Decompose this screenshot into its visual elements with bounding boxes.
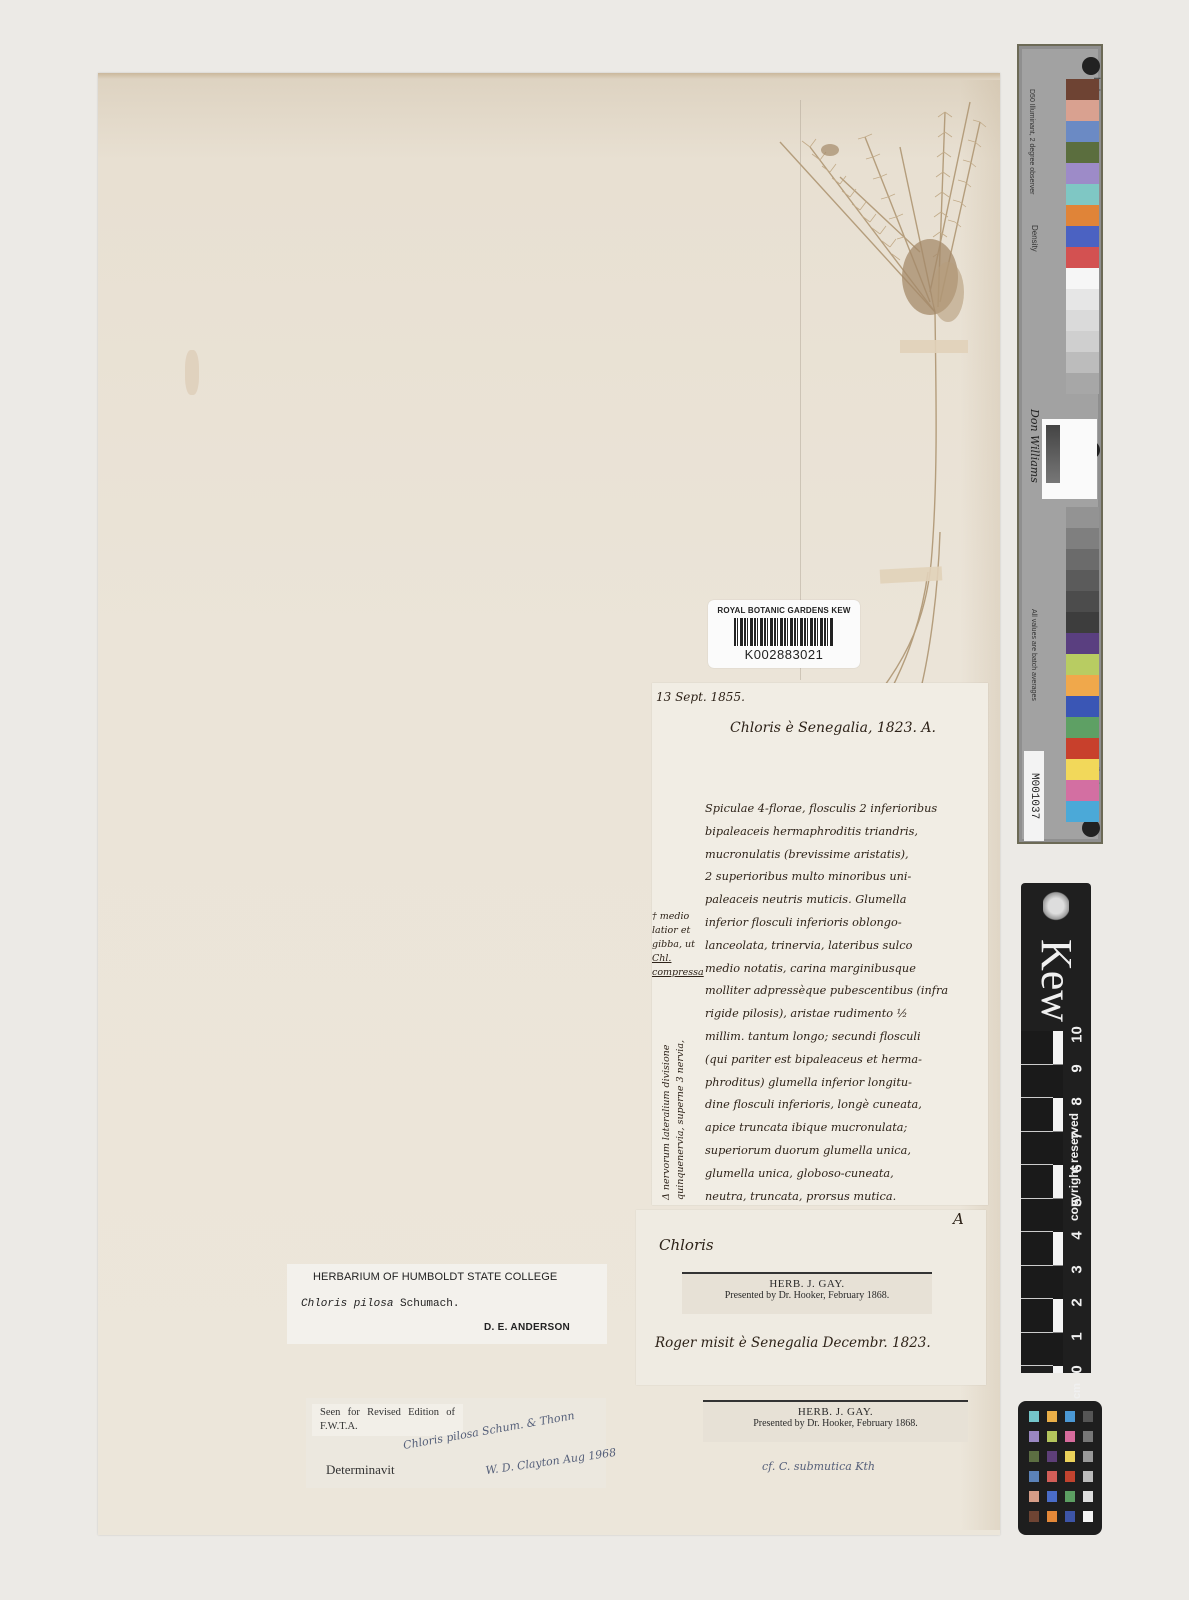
note-line: 2 superioribus multo minoribus uni- xyxy=(705,866,987,889)
scale-tick-label: 6 xyxy=(1069,1155,1086,1183)
scale-tick-label: 8 xyxy=(1069,1088,1086,1116)
note-line: neutra, truncata, prorsus mutica. xyxy=(705,1186,987,1209)
scale-tick-label: 4 xyxy=(1069,1222,1086,1250)
color-chip xyxy=(1065,1511,1075,1522)
color-swatch xyxy=(1066,268,1099,289)
scale-tick-label: 2 xyxy=(1069,1289,1086,1317)
card-genus: Chloris xyxy=(659,1236,714,1254)
paper-stain xyxy=(185,350,199,395)
label-line1: HERB. J. GAY. xyxy=(703,1406,968,1418)
color-swatch xyxy=(1066,675,1099,696)
color-swatch xyxy=(1066,612,1099,633)
color-chip xyxy=(1047,1491,1057,1502)
color-chip xyxy=(1047,1411,1057,1422)
color-chip xyxy=(1029,1471,1039,1482)
color-checker xyxy=(1018,1401,1102,1535)
scale-tick-label: 7 xyxy=(1069,1121,1086,1149)
note-date: 13 Sept. 1855. xyxy=(656,690,745,704)
color-swatch xyxy=(1066,100,1099,121)
kew-crest-icon xyxy=(1043,888,1069,924)
margin-note-line: latior et xyxy=(652,924,706,938)
label-rule xyxy=(703,1400,968,1402)
color-swatch xyxy=(1066,373,1099,394)
note-line: inferior flosculi inferioris oblongo- xyxy=(705,912,987,935)
note-line: glumella unica, globoso-cuneata, xyxy=(705,1163,987,1186)
scale-tick-label: 5 xyxy=(1069,1188,1086,1216)
scale-tick-label: 10 xyxy=(1069,1021,1086,1049)
ruler-signature: Don Williams xyxy=(1028,409,1041,483)
note-title: Chloris è Senegalia, 1823. A. xyxy=(730,720,936,736)
color-swatch xyxy=(1066,352,1099,373)
label-line2: Presented by Dr. Hooker, February 1868. xyxy=(682,1290,932,1301)
card-letter: A xyxy=(953,1210,964,1228)
sheet-top-edge xyxy=(98,73,1000,79)
fwta-seen-text: Seen for Revised Edition of F.W.T.A. xyxy=(312,1404,463,1436)
color-swatch xyxy=(1066,528,1099,549)
color-chip xyxy=(1029,1411,1039,1422)
color-swatch xyxy=(1066,780,1099,801)
note-line: molliter adpressèque pubescentibus (infr… xyxy=(705,980,987,1003)
color-chip xyxy=(1047,1431,1057,1442)
color-swatch xyxy=(1066,310,1099,331)
color-chip xyxy=(1029,1491,1039,1502)
note-line: bipaleaceis hermaphroditis triandris, xyxy=(705,821,987,844)
color-swatch xyxy=(1066,247,1099,268)
note-line: (qui pariter est bipaleaceus et herma- xyxy=(705,1049,987,1072)
margin-note-line: † medio xyxy=(652,910,706,924)
note-line: dine flosculi inferioris, longè cuneata, xyxy=(705,1094,987,1117)
ruler-id: M001037 xyxy=(1024,751,1044,841)
note-line: mucronulatis (brevissime aristatis), xyxy=(705,844,987,867)
color-chip xyxy=(1047,1471,1057,1482)
herb-gay-printed-label-2: HERB. J. GAY. Presented by Dr. Hooker, F… xyxy=(703,1400,968,1442)
color-chip xyxy=(1065,1451,1075,1462)
vertical-margin-note: Δ nervorum lateralium divisione quinquen… xyxy=(660,1040,710,1200)
humboldt-header: HERBARIUM OF HUMBOLDT STATE COLLEGE xyxy=(313,1271,557,1283)
color-swatch xyxy=(1066,801,1099,822)
note-line: paleaceis neutris muticis. Glumella xyxy=(705,889,987,912)
color-chip xyxy=(1065,1491,1075,1502)
ruler-body: D50 Illuminant, 2 degree observer Densit… xyxy=(1022,49,1098,839)
color-chip xyxy=(1083,1471,1093,1482)
color-chip xyxy=(1083,1491,1093,1502)
color-swatch xyxy=(1066,696,1099,717)
note-line: superiorum duorum glumella unica, xyxy=(705,1140,987,1163)
color-chip xyxy=(1029,1451,1039,1462)
barcode-label: ROYAL BOTANIC GARDENS KEW K002883021 xyxy=(708,600,860,668)
label-rule xyxy=(682,1272,932,1274)
ruler-hole xyxy=(1082,57,1100,75)
batch-note: All values are batch averages xyxy=(1030,609,1037,701)
mounting-tape xyxy=(900,340,968,353)
note-line: Spiculae 4-florae, flosculis 2 inferiori… xyxy=(705,798,987,821)
note-line: millim. tantum longo; secundi flosculi xyxy=(705,1026,987,1049)
color-swatch xyxy=(1066,549,1099,570)
color-swatch xyxy=(1066,591,1099,612)
color-swatch xyxy=(1066,79,1099,100)
color-swatch xyxy=(1066,163,1099,184)
color-swatch xyxy=(1066,570,1099,591)
scale-tick-label: 3 xyxy=(1069,1255,1086,1283)
kew-scale-bar: Kew copyright reserved 012345678910 cm xyxy=(1021,883,1091,1373)
color-chip xyxy=(1029,1511,1039,1522)
illuminant-text: D50 Illuminant, 2 degree observer xyxy=(1028,89,1035,194)
density-label: Density xyxy=(1030,225,1039,252)
color-swatch xyxy=(1066,717,1099,738)
faint-pencil-note: cf. C. submutica Kth xyxy=(762,1460,875,1473)
color-chip xyxy=(1083,1431,1093,1442)
color-swatch xyxy=(1066,331,1099,352)
note-line: phroditus) glumella inferior longitu- xyxy=(705,1072,987,1095)
color-calibration-ruler: D50 Illuminant, 2 degree observer Densit… xyxy=(1017,44,1103,844)
margin-note-line: Chl. compressa xyxy=(652,952,706,980)
taxon-name: Chloris pilosa xyxy=(301,1298,393,1310)
label-line2: Presented by Dr. Hooker, February 1868. xyxy=(703,1418,968,1429)
label-line1: HERB. J. GAY. xyxy=(682,1278,932,1290)
note-line: apice truncata ibique mucronulata; xyxy=(705,1117,987,1140)
color-chip xyxy=(1029,1431,1039,1442)
scale-strip xyxy=(1053,1031,1063,1373)
gray-wedge xyxy=(1046,425,1060,483)
note-line: lanceolata, trinervia, lateribus sulco xyxy=(705,935,987,958)
color-chip xyxy=(1083,1451,1093,1462)
barcode xyxy=(734,618,834,646)
barcode-number: K002883021 xyxy=(708,647,860,662)
color-chip xyxy=(1083,1411,1093,1422)
color-swatch xyxy=(1066,226,1099,247)
color-swatch xyxy=(1066,759,1099,780)
herb-gay-printed-label: HERB. J. GAY. Presented by Dr. Hooker, F… xyxy=(682,1272,932,1314)
taxon-author: Schumach. xyxy=(400,1298,459,1310)
margin-note: † medio latior et gibba, ut Chl. compres… xyxy=(652,910,706,980)
note-line: rigide pilosis), aristae rudimento ½ xyxy=(705,1003,987,1026)
margin-note-line: gibba, ut xyxy=(652,938,706,952)
color-swatch xyxy=(1066,633,1099,654)
humboldt-taxon: Chloris pilosa Schumach. xyxy=(301,1298,459,1310)
color-swatch xyxy=(1066,289,1099,310)
scale-tick-label: 9 xyxy=(1069,1054,1086,1082)
ruler-target-chart xyxy=(1042,419,1097,499)
color-swatch xyxy=(1066,738,1099,759)
color-chip xyxy=(1065,1431,1075,1442)
determinavit-text: Determinavit xyxy=(326,1462,395,1478)
color-chip xyxy=(1047,1451,1057,1462)
scale-blocks xyxy=(1021,1031,1053,1373)
color-swatch xyxy=(1066,654,1099,675)
scale-tick-label: 1 xyxy=(1069,1322,1086,1350)
color-chip xyxy=(1065,1411,1075,1422)
humboldt-determiner: D. E. ANDERSON xyxy=(484,1322,570,1333)
color-chip xyxy=(1047,1511,1057,1522)
institution-name: ROYAL BOTANIC GARDENS KEW xyxy=(708,606,860,615)
collector-note: Roger misit è Senegalia Decembr. 1823. xyxy=(655,1335,931,1351)
kew-logo: Kew xyxy=(1021,933,1091,1028)
color-swatch xyxy=(1066,184,1099,205)
humboldt-label: HERBARIUM OF HUMBOLDT STATE COLLEGE Chlo… xyxy=(287,1264,607,1344)
color-swatch xyxy=(1066,507,1099,528)
color-swatch xyxy=(1066,205,1099,226)
color-chip xyxy=(1065,1471,1075,1482)
color-chip xyxy=(1083,1511,1093,1522)
note-line: medio notatis, carina marginibusque xyxy=(705,958,987,981)
color-swatch xyxy=(1066,121,1099,142)
color-swatch xyxy=(1066,142,1099,163)
